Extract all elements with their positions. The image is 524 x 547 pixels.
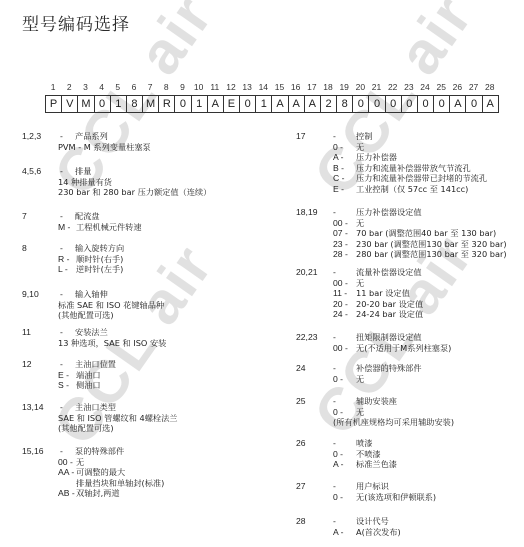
entry-position: 18,19: [296, 207, 318, 218]
code-position-label: 8: [158, 82, 174, 92]
entry-heading: 产品系列: [75, 131, 272, 142]
option-code: 07 -: [333, 228, 356, 239]
model-code-box: PVM018MR01AE01AAA28000000A0A: [45, 95, 499, 113]
code-cell: P: [46, 96, 62, 112]
entry-dash: -: [333, 332, 336, 343]
option-code: AA -: [58, 467, 76, 478]
option-code: R -: [58, 254, 76, 265]
entry-dash: -: [60, 166, 63, 177]
option-code: 00 -: [333, 343, 356, 354]
option-description: 端油口: [76, 370, 101, 381]
entry-dash: -: [60, 289, 63, 300]
entry-position: 17: [296, 131, 306, 142]
option-description: 工业控制（仅 57cc 至 141cc): [356, 184, 468, 195]
entry-option: 24 -24-24 bar 设定值: [333, 309, 524, 320]
option-description: 压力和流量补偿器带已封堵的节流孔: [356, 173, 487, 184]
entry-dash: -: [333, 207, 336, 218]
code-entry: 20,21-流量补偿器设定值00 -无11 -11 bar 设定值20 -20-…: [296, 267, 524, 320]
code-cell: 0: [434, 96, 450, 112]
option-description: 顺时针(右手): [76, 254, 123, 265]
entry-position: 26: [296, 438, 306, 449]
entry-body: 0 -无(该选项和伊顿联系): [333, 492, 524, 503]
entry-dash: -: [60, 243, 63, 254]
option-code: AB -: [58, 488, 76, 499]
entry-option: AA -可调整的最大: [58, 467, 272, 478]
entry-option: AB -双轴封,两道: [58, 488, 272, 499]
entry-heading: 设计代号: [356, 516, 524, 527]
entry-dash: -: [60, 131, 63, 142]
option-code: A -: [333, 459, 356, 470]
code-cell: A: [208, 96, 224, 112]
entry-position: 13,14: [22, 402, 44, 413]
option-description: 无(该选项和伊顿联系): [356, 492, 436, 503]
entry-option: B -压力和流量补偿器带放气节流孔: [333, 163, 524, 174]
code-entry: 8-输入旋转方向R -顺时针(右手)L -逆时针(左手): [22, 243, 272, 275]
code-position-label: 5: [110, 82, 126, 92]
code-position-label: 12: [223, 82, 239, 92]
code-cell: A: [305, 96, 321, 112]
code-cell: 0: [466, 96, 482, 112]
entry-position: 4,5,6: [22, 166, 41, 177]
code-position-label: 28: [482, 82, 498, 92]
entry-line: 13 种选项，SAE 和 ISO 安装: [58, 338, 272, 349]
entry-line: 14 种排量有货: [58, 177, 272, 188]
code-position-label: 25: [433, 82, 449, 92]
code-entry: 1,2,3-产品系列PVM - M 系列变量柱塞泵: [22, 131, 272, 152]
option-code: S -: [58, 380, 76, 391]
option-code: 11 -: [333, 288, 356, 299]
entry-position: 27: [296, 481, 306, 492]
option-description: 排量挡块和单轴封(标准): [76, 478, 164, 489]
code-entry: 13,14-主油口类型SAE 和 ISO 管螺纹和 4螺栓法兰(其他配置可选): [22, 402, 272, 434]
code-cell: 0: [353, 96, 369, 112]
option-code: E -: [58, 370, 76, 381]
code-position-label: 14: [255, 82, 271, 92]
option-description: 可调整的最大: [76, 467, 125, 478]
code-position-label: 9: [174, 82, 190, 92]
entry-option: A -压力补偿器: [333, 152, 524, 163]
page-title: 型号编码选择: [22, 10, 130, 35]
entry-heading: 扭矩限制器设定值: [356, 332, 524, 343]
code-position-label: 23: [401, 82, 417, 92]
code-cell: A: [450, 96, 466, 112]
entry-heading: 泵的特殊部件: [75, 446, 272, 457]
code-position-label: 17: [304, 82, 320, 92]
option-code: C -: [333, 173, 356, 184]
entry-option: 0 -无(该选项和伊顿联系): [333, 492, 524, 503]
option-description: 70 bar (调整范围40 bar 至 130 bar): [356, 228, 496, 239]
entry-body: 标准 SAE 和 ISO 花键轴品种(其他配置可选): [58, 300, 272, 321]
option-description: (所有机座规格均可采用辅助安装): [333, 417, 454, 428]
code-entry: 18,19-压力补偿器设定值00 -无07 -70 bar (调整范围40 ba…: [296, 207, 524, 260]
entry-option: 23 -230 bar (调整范围130 bar 至 320 bar): [333, 239, 524, 250]
option-code: L -: [58, 264, 76, 275]
option-code: E -: [333, 184, 356, 195]
entry-option: (所有机座规格均可采用辅助安装): [333, 417, 524, 428]
code-cell: 0: [386, 96, 402, 112]
option-description: 无: [356, 218, 364, 229]
option-description: 无(不适用于M系列柱塞泵): [356, 343, 451, 354]
entry-heading: 输入轴伸: [75, 289, 272, 300]
entry-line: SAE 和 ISO 管螺纹和 4螺栓法兰: [58, 413, 272, 424]
code-cell: A: [272, 96, 288, 112]
code-position-label: 24: [417, 82, 433, 92]
entry-option: 00 -无: [333, 218, 524, 229]
code-entry: 12-主油口位置E -端油口S -侧油口: [22, 359, 272, 391]
entry-option: C -压力和流量补偿器带已封堵的节流孔: [333, 173, 524, 184]
code-entry: 25-辅助安装座0 -无(所有机座规格均可采用辅助安装): [296, 396, 524, 428]
code-entry: 11-安装法兰13 种选项，SAE 和 ISO 安装: [22, 327, 272, 348]
entry-position: 28: [296, 516, 306, 527]
option-code: A -: [333, 527, 356, 538]
option-description: 不喷漆: [356, 449, 381, 460]
entry-option: 28 -280 bar (调整范围130 bar 至 320 bar): [333, 249, 524, 260]
code-cell: 0: [418, 96, 434, 112]
code-position-label: 3: [77, 82, 93, 92]
entry-heading: 配流盘: [75, 211, 272, 222]
option-description: 侧油口: [76, 380, 101, 391]
code-position-label: 7: [142, 82, 158, 92]
code-cell: 0: [175, 96, 191, 112]
entry-body: SAE 和 ISO 管螺纹和 4螺栓法兰(其他配置可选): [58, 413, 272, 434]
entry-heading: 输入旋转方向: [75, 243, 272, 254]
entry-heading: 主油口类型: [75, 402, 272, 413]
option-code: 0 -: [333, 142, 356, 153]
entry-option: 0 -无: [333, 407, 524, 418]
option-code: B -: [333, 163, 356, 174]
entry-dash: -: [333, 396, 336, 407]
entry-heading: 辅助安装座: [356, 396, 524, 407]
code-position-label: 19: [336, 82, 352, 92]
entry-position: 12: [22, 359, 32, 370]
code-cell: A: [289, 96, 305, 112]
option-description: 双轴封,两道: [76, 488, 120, 499]
entry-heading: 用户标识: [356, 481, 524, 492]
code-cell: 0: [369, 96, 385, 112]
entry-heading: 排量: [75, 166, 272, 177]
code-cell: 8: [127, 96, 143, 112]
code-position-label: 13: [239, 82, 255, 92]
option-code: 00 -: [333, 218, 356, 229]
entry-line: (其他配置可选): [58, 423, 272, 434]
entry-dash: -: [60, 359, 63, 370]
entry-heading: 主油口位置: [75, 359, 272, 370]
code-cell: M: [143, 96, 159, 112]
entry-body: 14 种排量有货230 bar 和 280 bar 压力额定值（连续）: [58, 177, 272, 198]
entry-option: 0 -无: [333, 142, 524, 153]
entry-heading: 流量补偿器设定值: [356, 267, 524, 278]
code-entry: 17-控制0 -无A -压力补偿器B -压力和流量补偿器带放气节流孔C -压力和…: [296, 131, 524, 195]
option-description: 11 bar 设定值: [356, 288, 410, 299]
entry-dash: -: [333, 438, 336, 449]
option-code: A -: [333, 152, 356, 163]
entry-option: 00 -无(不适用于M系列柱塞泵): [333, 343, 524, 354]
code-position-label: 10: [191, 82, 207, 92]
option-description: 标准兰色漆: [356, 459, 397, 470]
entry-dash: -: [333, 267, 336, 278]
option-description: 工程机械元件转速: [76, 222, 142, 233]
entry-dash: -: [333, 516, 336, 527]
entry-option: 11 -11 bar 设定值: [333, 288, 524, 299]
entry-body: 13 种选项，SAE 和 ISO 安装: [58, 338, 272, 349]
option-code: [58, 478, 76, 489]
code-cell: 1: [111, 96, 127, 112]
option-description: 无: [356, 142, 364, 153]
entry-body: PVM - M 系列变量柱塞泵: [58, 142, 272, 153]
entry-dash: -: [60, 402, 63, 413]
code-position-label: 16: [288, 82, 304, 92]
entry-heading: 喷漆: [356, 438, 524, 449]
code-entry: 9,10-输入轴伸标准 SAE 和 ISO 花键轴品种(其他配置可选): [22, 289, 272, 321]
entry-position: 1,2,3: [22, 131, 41, 142]
entry-heading: 控制: [356, 131, 524, 142]
code-entry: 26-喷漆0 -不喷漆A -标准兰色漆: [296, 438, 524, 470]
code-entry: 15,16-泵的特殊部件00 -无AA -可调整的最大排量挡块和单轴封(标准)A…: [22, 446, 272, 499]
code-position-label: 15: [271, 82, 287, 92]
code-entry: 28-设计代号A -A(首次发布): [296, 516, 524, 537]
entry-body: 0 -无A -压力补偿器B -压力和流量补偿器带放气节流孔C -压力和流量补偿器…: [333, 142, 524, 195]
option-code: M -: [58, 222, 76, 233]
code-position-label: 20: [352, 82, 368, 92]
code-cell: E: [224, 96, 240, 112]
code-cell: 8: [337, 96, 353, 112]
code-cell: 0: [95, 96, 111, 112]
code-entry: 4,5,6-排量14 种排量有货230 bar 和 280 bar 压力额定值（…: [22, 166, 272, 198]
option-description: 压力补偿器: [356, 152, 397, 163]
entry-line: 标准 SAE 和 ISO 花键轴品种: [58, 300, 272, 311]
code-position-label: 11: [207, 82, 223, 92]
entry-dash: -: [333, 481, 336, 492]
code-position-label: 6: [126, 82, 142, 92]
option-code: 00 -: [333, 278, 356, 289]
option-description: 24-24 bar 设定值: [356, 309, 423, 320]
entry-position: 7: [22, 211, 27, 222]
option-description: 无: [76, 457, 84, 468]
entry-position: 25: [296, 396, 306, 407]
code-cell: R: [159, 96, 175, 112]
code-cell: 2: [321, 96, 337, 112]
option-description: 无: [356, 407, 364, 418]
code-entry: 27-用户标识0 -无(该选项和伊顿联系): [296, 481, 524, 502]
code-cell: 0: [402, 96, 418, 112]
entry-option: R -顺时针(右手): [58, 254, 272, 265]
entry-option: 0 -不喷漆: [333, 449, 524, 460]
entry-body: E -端油口S -侧油口: [58, 370, 272, 391]
option-description: 230 bar (调整范围130 bar 至 320 bar): [356, 239, 507, 250]
entry-option: 00 -无: [58, 457, 272, 468]
entry-line: 230 bar 和 280 bar 压力额定值（连续）: [58, 187, 272, 198]
option-code: 24 -: [333, 309, 356, 320]
entry-line: (其他配置可选): [58, 310, 272, 321]
code-position-labels: 1234567891011121314151617181920212223242…: [45, 82, 498, 92]
entry-body: 0 -无(所有机座规格均可采用辅助安装): [333, 407, 524, 428]
code-cell: 1: [256, 96, 272, 112]
option-description: A(首次发布): [356, 527, 401, 538]
entry-option: E -工业控制（仅 57cc 至 141cc): [333, 184, 524, 195]
entry-dash: -: [333, 131, 336, 142]
entry-option: M -工程机械元件转速: [58, 222, 272, 233]
entry-option: A -标准兰色漆: [333, 459, 524, 470]
code-cell: 1: [192, 96, 208, 112]
entry-position: 20,21: [296, 267, 318, 278]
entry-dash: -: [60, 211, 63, 222]
entry-dash: -: [60, 327, 63, 338]
option-code: 0 -: [333, 407, 356, 418]
entry-option: S -侧油口: [58, 380, 272, 391]
entry-body: 0 -无: [333, 374, 524, 385]
entry-body: 00 -无AA -可调整的最大排量挡块和单轴封(标准)AB -双轴封,两道: [58, 457, 272, 499]
entry-heading: 补偿器的特殊部件: [356, 363, 524, 374]
entry-option: 20 -20-20 bar 设定值: [333, 299, 524, 310]
entry-body: M -工程机械元件转速: [58, 222, 272, 233]
code-cell: M: [78, 96, 94, 112]
code-cell: A: [483, 96, 498, 112]
entry-option: A -A(首次发布): [333, 527, 524, 538]
option-description: 逆时针(左手): [76, 264, 123, 275]
option-description: 无: [356, 374, 364, 385]
entry-option: 0 -无: [333, 374, 524, 385]
option-description: 无: [356, 278, 364, 289]
entry-heading: 安装法兰: [75, 327, 272, 338]
entry-heading: 压力补偿器设定值: [356, 207, 524, 218]
code-position-label: 26: [449, 82, 465, 92]
entry-line: PVM - M 系列变量柱塞泵: [58, 142, 272, 153]
entry-position: 22,23: [296, 332, 318, 343]
entry-body: 00 -无11 -11 bar 设定值20 -20-20 bar 设定值24 -…: [333, 278, 524, 320]
code-entry: 22,23-扭矩限制器设定值00 -无(不适用于M系列柱塞泵): [296, 332, 524, 353]
code-position-label: 18: [320, 82, 336, 92]
entry-body: A -A(首次发布): [333, 527, 524, 538]
entry-position: 9,10: [22, 289, 39, 300]
entry-body: 00 -无(不适用于M系列柱塞泵): [333, 343, 524, 354]
entry-option: 排量挡块和单轴封(标准): [58, 478, 272, 489]
entry-dash: -: [333, 363, 336, 374]
entry-position: 8: [22, 243, 27, 254]
entry-dash: -: [60, 446, 63, 457]
entry-option: 00 -无: [333, 278, 524, 289]
option-code: 23 -: [333, 239, 356, 250]
option-description: 20-20 bar 设定值: [356, 299, 423, 310]
option-code: 28 -: [333, 249, 356, 260]
code-position-label: 21: [368, 82, 384, 92]
code-cell: 0: [240, 96, 256, 112]
entry-option: 07 -70 bar (调整范围40 bar 至 130 bar): [333, 228, 524, 239]
option-code: 0 -: [333, 374, 356, 385]
code-position-label: 22: [385, 82, 401, 92]
code-entry: 7-配流盘M -工程机械元件转速: [22, 211, 272, 232]
option-code: 0 -: [333, 492, 356, 503]
entry-option: L -逆时针(左手): [58, 264, 272, 275]
entry-position: 24: [296, 363, 306, 374]
entry-body: R -顺时针(右手)L -逆时针(左手): [58, 254, 272, 275]
code-position-label: 4: [94, 82, 110, 92]
code-position-label: 2: [61, 82, 77, 92]
entry-position: 11: [22, 327, 31, 338]
entry-body: 0 -不喷漆A -标准兰色漆: [333, 449, 524, 470]
code-position-label: 27: [465, 82, 481, 92]
option-description: 280 bar (调整范围130 bar 至 320 bar): [356, 249, 507, 260]
option-description: 压力和流量补偿器带放气节流孔: [356, 163, 471, 174]
code-position-label: 1: [45, 82, 61, 92]
code-cell: V: [62, 96, 78, 112]
option-code: 00 -: [58, 457, 76, 468]
code-entry: 24-补偿器的特殊部件0 -无: [296, 363, 524, 384]
entry-position: 15,16: [22, 446, 44, 457]
entry-body: 00 -无07 -70 bar (调整范围40 bar 至 130 bar)23…: [333, 218, 524, 260]
option-code: 0 -: [333, 449, 356, 460]
entry-option: E -端油口: [58, 370, 272, 381]
option-code: 20 -: [333, 299, 356, 310]
